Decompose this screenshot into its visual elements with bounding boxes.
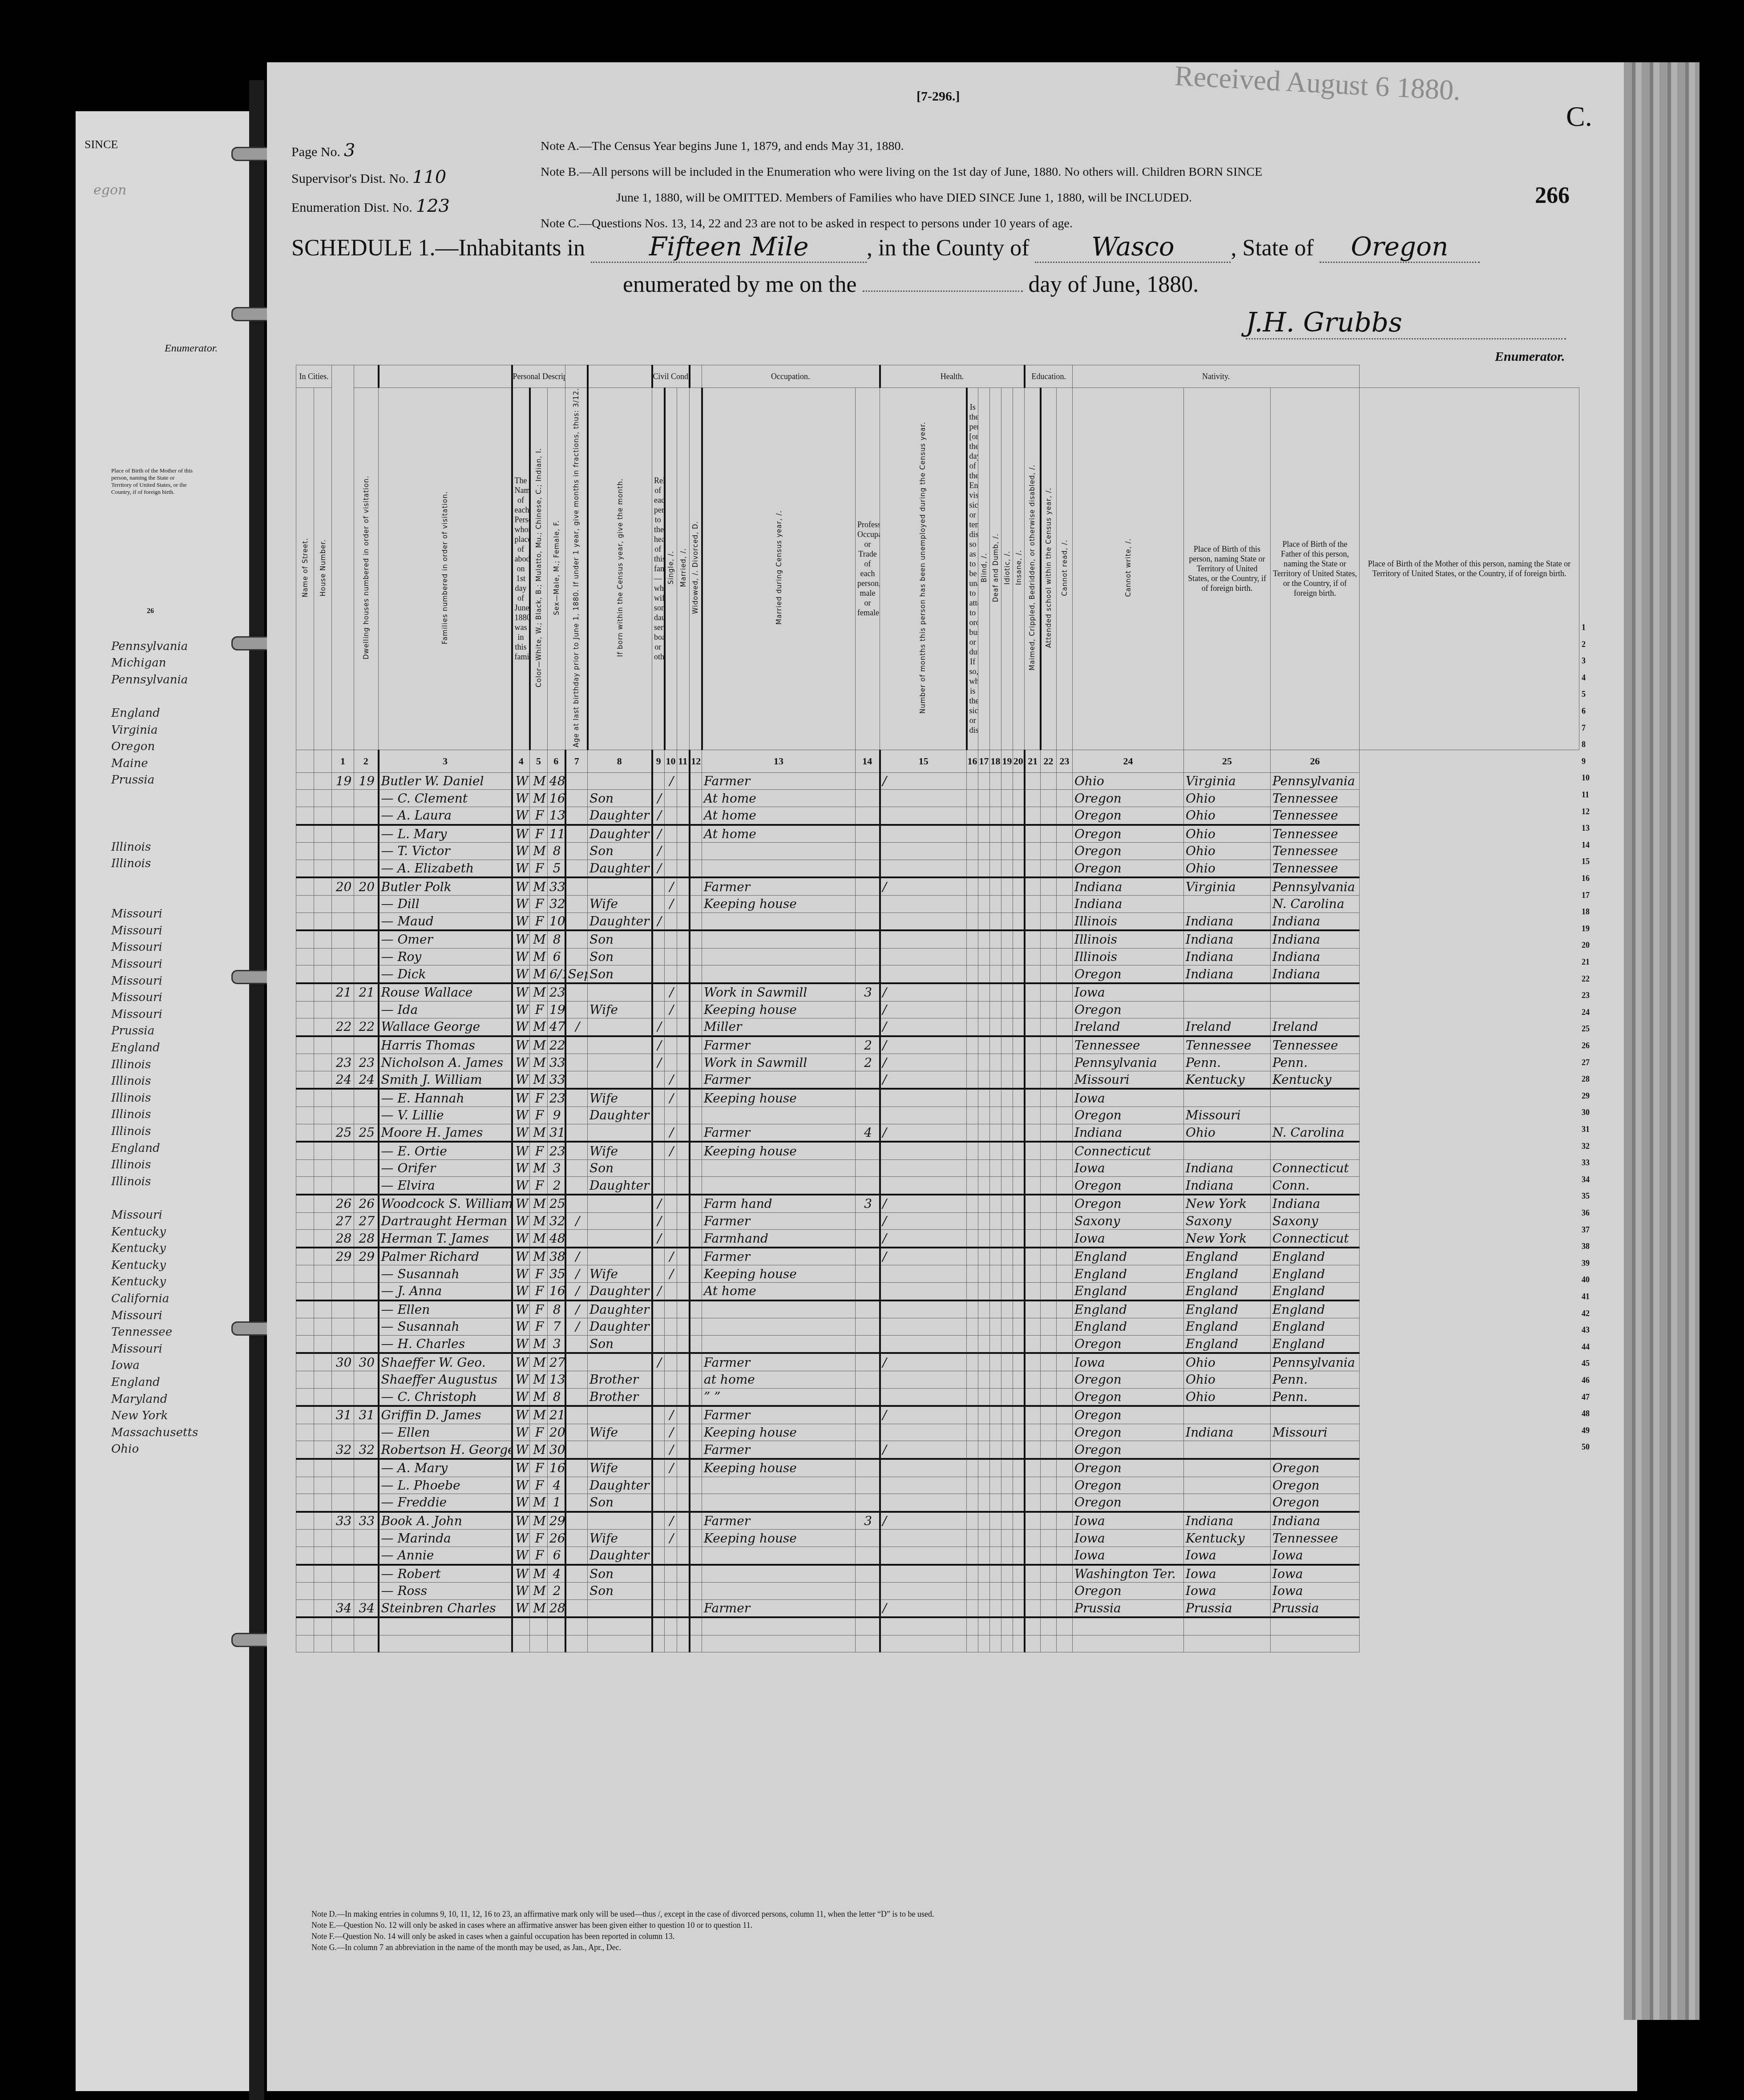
- married-census-cell: [690, 1583, 702, 1600]
- name-cell: Book A. John: [379, 1512, 512, 1530]
- maimed-cell: [1013, 1300, 1025, 1318]
- street-cell: [296, 772, 314, 790]
- father-birthplace-cell: England: [1184, 1283, 1271, 1300]
- school-cell: [1025, 1635, 1041, 1652]
- cannot-write-cell: [1057, 1159, 1073, 1177]
- idiotic-cell: [990, 1212, 1001, 1230]
- father-birthplace-cell: [1184, 1089, 1271, 1107]
- blind-cell: [967, 860, 978, 877]
- table-row: — H. CharlesWM3SonOregonEnglandEngland: [296, 1335, 1579, 1353]
- left-page-mother-birthplace: Illinois: [111, 1158, 151, 1171]
- blind-cell: [967, 1424, 978, 1441]
- widowed-cell: [677, 1424, 690, 1441]
- insane-cell: [1001, 983, 1013, 1001]
- occupation-cell: at home: [702, 1371, 856, 1388]
- married-cell: [665, 1565, 677, 1583]
- married-census-cell: [690, 807, 702, 824]
- occupation-cell: Keeping house: [702, 1424, 856, 1441]
- schedule-prefix: SCHEDULE 1.—Inhabitants in: [291, 235, 585, 261]
- cannot-write-cell: [1057, 1477, 1073, 1494]
- insane-cell: [1001, 1036, 1013, 1054]
- father-birthplace-cell: Indiana: [1184, 948, 1271, 965]
- header-unemployed: Number of months this person has been un…: [880, 388, 967, 750]
- idiotic-cell: [990, 1159, 1001, 1177]
- table-row: — SusannahWF35/Wife/Keeping houseEngland…: [296, 1265, 1579, 1283]
- single-cell: [652, 772, 665, 790]
- line-number: 7: [1582, 723, 1586, 733]
- unemployed-cell: [856, 1018, 880, 1036]
- sickness-cell: /: [880, 1124, 967, 1142]
- occupation-cell: Farm hand: [702, 1195, 856, 1212]
- married-cell: /: [665, 1424, 677, 1441]
- name-cell: Smith J. William: [379, 1071, 512, 1089]
- line-number: 28: [1582, 1074, 1590, 1084]
- line-number: 11: [1582, 790, 1589, 800]
- married-census-cell: [690, 843, 702, 860]
- relationship-cell: [588, 1406, 652, 1424]
- cannot-write-cell: [1057, 1318, 1073, 1336]
- widowed-cell: [677, 1599, 690, 1617]
- insane-cell: [1001, 1441, 1013, 1459]
- street-cell: [296, 1353, 314, 1371]
- age-cell: 8: [548, 930, 565, 948]
- married-census-cell: [690, 1124, 702, 1142]
- name-cell: — Roy: [379, 948, 512, 965]
- single-cell: /: [652, 1195, 665, 1212]
- cannot-read-cell: [1041, 1371, 1057, 1388]
- dwelling-cell: 34: [332, 1599, 354, 1617]
- birthplace-cell: Oregon: [1073, 965, 1184, 983]
- relationship-cell: [588, 772, 652, 790]
- unemployed-cell: [856, 1159, 880, 1177]
- relationship-cell: Son: [588, 965, 652, 983]
- maimed-cell: [1013, 1512, 1025, 1530]
- school-cell: [1025, 807, 1041, 824]
- name-cell: Woodcock S. William: [379, 1195, 512, 1212]
- dwelling-cell: 29: [332, 1248, 354, 1265]
- sickness-cell: [880, 1459, 967, 1477]
- table-row: 2626Woodcock S. WilliamWM25/Farm hand3/O…: [296, 1195, 1579, 1212]
- sickness-cell: /: [880, 1248, 967, 1265]
- married-census-cell: [690, 930, 702, 948]
- dwelling-cell: 21: [332, 983, 354, 1001]
- cannot-write-cell: [1057, 1424, 1073, 1441]
- deaf-cell: [978, 1318, 990, 1336]
- cannot-write-cell: [1057, 1177, 1073, 1195]
- single-cell: [652, 965, 665, 983]
- color-cell: W: [512, 1142, 530, 1159]
- color-cell: W: [512, 1583, 530, 1600]
- maimed-cell: [1013, 1195, 1025, 1212]
- birth-month-cell: /: [565, 1018, 588, 1036]
- birth-month-cell: [565, 1512, 588, 1530]
- supervisor-district-field: Supervisor's Dist. No.110: [291, 167, 446, 187]
- color-cell: W: [512, 877, 530, 895]
- cannot-read-cell: [1041, 1512, 1057, 1530]
- birth-month-cell: [565, 1142, 588, 1159]
- sickness-cell: [880, 913, 967, 930]
- street-cell: [296, 1071, 314, 1089]
- color-cell: W: [512, 1195, 530, 1212]
- insane-cell: [1001, 913, 1013, 930]
- age-cell: 33: [548, 1071, 565, 1089]
- idiotic-cell: [990, 1547, 1001, 1564]
- birth-month-cell: [565, 1530, 588, 1547]
- mother-birthplace-cell: Pennsylvania: [1271, 877, 1360, 895]
- table-row: 2929Palmer RichardWM38//Farmer/EnglandEn…: [296, 1248, 1579, 1265]
- family-cell: [354, 1635, 379, 1652]
- line-number: 18: [1582, 907, 1590, 917]
- house-cell: [314, 1142, 332, 1159]
- note-b: Note B.—All persons will be included in …: [541, 159, 1262, 185]
- sickness-cell: /: [880, 1054, 967, 1071]
- cannot-read-cell: [1041, 1124, 1057, 1142]
- relationship-cell: [588, 1512, 652, 1530]
- idiotic-cell: [990, 1300, 1001, 1318]
- name-cell: Wallace George: [379, 1018, 512, 1036]
- cannot-read-cell: [1041, 1318, 1057, 1336]
- insane-cell: [1001, 790, 1013, 807]
- sickness-cell: [880, 1530, 967, 1547]
- sickness-cell: [880, 1617, 967, 1635]
- school-cell: [1025, 1107, 1041, 1124]
- deaf-cell: [978, 1036, 990, 1054]
- occupation-cell: At home: [702, 1283, 856, 1300]
- dwelling-cell: [332, 1300, 354, 1318]
- single-cell: [652, 1441, 665, 1459]
- birth-month-cell: /: [565, 1265, 588, 1283]
- name-cell: — A. Laura: [379, 807, 512, 824]
- cannot-read-cell: [1041, 895, 1057, 913]
- blind-cell: [967, 1124, 978, 1142]
- color-cell: W: [512, 1089, 530, 1107]
- sickness-cell: [880, 825, 967, 843]
- birthplace-cell: Indiana: [1073, 1124, 1184, 1142]
- birth-month-cell: [565, 1107, 588, 1124]
- birthplace-cell: Indiana: [1073, 895, 1184, 913]
- street-cell: [296, 1283, 314, 1300]
- enumeration-district-value: 123: [416, 196, 450, 216]
- house-cell: [314, 913, 332, 930]
- cannot-write-cell: [1057, 1230, 1073, 1248]
- header-maimed: Maimed, Crippled, Bedridden, or otherwis…: [1025, 388, 1041, 750]
- line-number: 2: [1582, 640, 1586, 649]
- left-page-mother-header: Place of Birth of the Mother of this per…: [111, 467, 196, 496]
- occupation-cell: Farmhand: [702, 1230, 856, 1248]
- sickness-cell: [880, 1371, 967, 1388]
- cannot-write-cell: [1057, 772, 1073, 790]
- name-cell: Steinbren Charles: [379, 1599, 512, 1617]
- unemployed-cell: [856, 1001, 880, 1018]
- insane-cell: [1001, 1283, 1013, 1300]
- left-page-mother-birthplace: England: [111, 1142, 160, 1155]
- idiotic-cell: [990, 1054, 1001, 1071]
- birthplace-cell: Connecticut: [1073, 1142, 1184, 1159]
- father-birthplace-cell: Ohio: [1184, 825, 1271, 843]
- street-cell: [296, 1001, 314, 1018]
- birthplace-cell: Oregon: [1073, 1371, 1184, 1388]
- relationship-cell: Brother: [588, 1388, 652, 1406]
- blind-cell: [967, 1265, 978, 1283]
- single-cell: /: [652, 860, 665, 877]
- enumerated-suffix: day of June, 1880.: [1029, 272, 1199, 297]
- family-cell: 33: [354, 1512, 379, 1530]
- house-cell: [314, 1617, 332, 1635]
- name-cell: Nicholson A. James: [379, 1054, 512, 1071]
- occupation-cell: Farmer: [702, 1212, 856, 1230]
- group-occupation: Occupation.: [702, 365, 880, 388]
- unemployed-cell: [856, 1406, 880, 1424]
- birth-month-cell: [565, 983, 588, 1001]
- idiotic-cell: [990, 1494, 1001, 1512]
- birth-month-cell: [565, 825, 588, 843]
- blind-cell: [967, 1583, 978, 1600]
- birthplace-cell: Washington Ter.: [1073, 1565, 1184, 1583]
- color-cell: W: [512, 1371, 530, 1388]
- dwelling-cell: [332, 1494, 354, 1512]
- cannot-read-cell: [1041, 1142, 1057, 1159]
- birthplace-cell: Oregon: [1073, 1177, 1184, 1195]
- color-cell: W: [512, 1459, 530, 1477]
- age-cell: 26: [548, 1530, 565, 1547]
- widowed-cell: [677, 843, 690, 860]
- name-cell: — A. Elizabeth: [379, 860, 512, 877]
- occupation-cell: Keeping house: [702, 1089, 856, 1107]
- dwelling-cell: [332, 1283, 354, 1300]
- unemployed-cell: [856, 1283, 880, 1300]
- dwelling-cell: [332, 1371, 354, 1388]
- single-cell: [652, 1388, 665, 1406]
- line-number: 48: [1582, 1409, 1590, 1418]
- age-cell: 19: [548, 1001, 565, 1018]
- age-cell: 35: [548, 1265, 565, 1283]
- instruction-notes: Note A.—The Census Year begins June 1, 1…: [541, 133, 1262, 237]
- age-cell: 4: [548, 1565, 565, 1583]
- left-page-mother-birthplace: Missouri: [111, 1008, 162, 1021]
- occupation-cell: Farmer: [702, 1036, 856, 1054]
- name-cell: Harris Thomas: [379, 1036, 512, 1054]
- widowed-cell: [677, 1036, 690, 1054]
- dwelling-cell: [332, 807, 354, 824]
- occupation-cell: [702, 843, 856, 860]
- cannot-write-cell: [1057, 930, 1073, 948]
- single-cell: /: [652, 1018, 665, 1036]
- married-census-cell: [690, 1001, 702, 1018]
- left-page-mother-birthplace: Ohio: [111, 1442, 139, 1456]
- father-birthplace-cell: Missouri: [1184, 1107, 1271, 1124]
- occupation-cell: At home: [702, 807, 856, 824]
- idiotic-cell: [990, 1459, 1001, 1477]
- family-cell: [354, 1424, 379, 1441]
- age-cell: 32: [548, 1212, 565, 1230]
- sickness-cell: [880, 1318, 967, 1336]
- mother-birthplace-cell: Indiana: [1271, 930, 1360, 948]
- header-idiotic: Idiotic, /.: [1001, 388, 1013, 750]
- mother-birthplace-cell: Conn.: [1271, 1177, 1360, 1195]
- insane-cell: [1001, 825, 1013, 843]
- house-cell: [314, 1599, 332, 1617]
- line-number: 37: [1582, 1225, 1590, 1235]
- age-cell: 2: [548, 1177, 565, 1195]
- father-birthplace-cell: Penn.: [1184, 1054, 1271, 1071]
- insane-cell: [1001, 965, 1013, 983]
- occupation-cell: Farmer: [702, 1512, 856, 1530]
- maimed-cell: [1013, 843, 1025, 860]
- left-page-mother-birthplace: Prussia: [111, 1024, 154, 1038]
- maimed-cell: [1013, 930, 1025, 948]
- blind-cell: [967, 807, 978, 824]
- sex-cell: F: [530, 1547, 548, 1564]
- blind-cell: [967, 948, 978, 965]
- birthplace-cell: England: [1073, 1283, 1184, 1300]
- single-cell: [652, 1547, 665, 1564]
- maimed-cell: [1013, 1583, 1025, 1600]
- age-cell: 9: [548, 1107, 565, 1124]
- color-cell: W: [512, 860, 530, 877]
- birthplace-cell: Oregon: [1073, 790, 1184, 807]
- house-cell: [314, 877, 332, 895]
- header-dwelling: Dwelling houses numbered in order of vis…: [354, 388, 379, 750]
- sex-cell: F: [530, 1107, 548, 1124]
- supervisor-district-value: 110: [412, 167, 446, 187]
- table-row: — E. OrtieWF23Wife/Keeping houseConnecti…: [296, 1142, 1579, 1159]
- mother-birthplace-cell: [1271, 1617, 1360, 1635]
- maimed-cell: [1013, 1089, 1025, 1107]
- married-cell: [665, 1353, 677, 1371]
- maimed-cell: [1013, 1635, 1025, 1652]
- birthplace-cell: Indiana: [1073, 877, 1184, 895]
- dwelling-cell: [332, 1159, 354, 1177]
- relationship-cell: Daughter: [588, 1318, 652, 1336]
- family-cell: 25: [354, 1124, 379, 1142]
- widowed-cell: [677, 948, 690, 965]
- father-birthplace-cell: England: [1184, 1300, 1271, 1318]
- deaf-cell: [978, 1018, 990, 1036]
- sex-cell: [530, 1617, 548, 1635]
- table-row: 2323Nicholson A. JamesWM33/Work in Sawmi…: [296, 1054, 1579, 1071]
- table-row: 2727Dartraught HermanWM32//Farmer/Saxony…: [296, 1212, 1579, 1230]
- left-page-remnant: SINCE egon Enumerator. Place of Birth of…: [76, 111, 262, 2091]
- birthplace-cell: Oregon: [1073, 1001, 1184, 1018]
- street-cell: [296, 1265, 314, 1283]
- dwelling-cell: [332, 1459, 354, 1477]
- table-row: — MaudWF10Daughter/IllinoisIndianaIndian…: [296, 913, 1579, 930]
- sickness-cell: [880, 930, 967, 948]
- school-cell: [1025, 1089, 1041, 1107]
- sickness-cell: [880, 1477, 967, 1494]
- single-cell: [652, 1617, 665, 1635]
- sickness-cell: [880, 1283, 967, 1300]
- birthplace-cell: Missouri: [1073, 1071, 1184, 1089]
- mother-birthplace-cell: [1271, 1441, 1360, 1459]
- dwelling-cell: [332, 1477, 354, 1494]
- father-birthplace-cell: [1184, 1459, 1271, 1477]
- cannot-write-cell: [1057, 1054, 1073, 1071]
- sickness-cell: [880, 1424, 967, 1441]
- maimed-cell: [1013, 1265, 1025, 1283]
- table-row: 1919Butler W. DanielWM48/Farmer/OhioVirg…: [296, 772, 1579, 790]
- birthplace-cell: Iowa: [1073, 1230, 1184, 1248]
- street-cell: [296, 843, 314, 860]
- birthplace-cell: Saxony: [1073, 1212, 1184, 1230]
- deaf-cell: [978, 1371, 990, 1388]
- father-birthplace-cell: New York: [1184, 1230, 1271, 1248]
- mother-birthplace-cell: [1271, 983, 1360, 1001]
- color-cell: W: [512, 895, 530, 913]
- occupation-cell: [702, 1565, 856, 1583]
- name-cell: — Ellen: [379, 1424, 512, 1441]
- line-number: 50: [1582, 1442, 1590, 1452]
- family-cell: [354, 1177, 379, 1195]
- insane-cell: [1001, 1459, 1013, 1477]
- sex-cell: M: [530, 1195, 548, 1212]
- table-row: 3333Book A. JohnWM29/Farmer3/IowaIndiana…: [296, 1512, 1579, 1530]
- insane-cell: [1001, 1388, 1013, 1406]
- age-cell: 6/12: [548, 965, 565, 983]
- blind-cell: [967, 1212, 978, 1230]
- color-cell: W: [512, 1547, 530, 1564]
- street-cell: [296, 1159, 314, 1177]
- cannot-read-cell: [1041, 1054, 1057, 1071]
- unemployed-cell: 3: [856, 1195, 880, 1212]
- line-number: 15: [1582, 857, 1590, 866]
- occupation-cell: Keeping house: [702, 1459, 856, 1477]
- sex-cell: F: [530, 807, 548, 824]
- name-cell: Robertson H. George: [379, 1441, 512, 1459]
- unemployed-cell: [856, 1635, 880, 1652]
- unemployed-cell: [856, 1071, 880, 1089]
- color-cell: W: [512, 913, 530, 930]
- table-row: — A. ElizabethWF5Daughter/OregonOhioTenn…: [296, 860, 1579, 877]
- insane-cell: [1001, 1353, 1013, 1371]
- house-cell: [314, 1406, 332, 1424]
- insane-cell: [1001, 1195, 1013, 1212]
- table-row: — J. AnnaWF16/Daughter/At homeEnglandEng…: [296, 1283, 1579, 1300]
- color-cell: W: [512, 1512, 530, 1530]
- birth-month-cell: /: [565, 1318, 588, 1336]
- dwelling-cell: [332, 965, 354, 983]
- house-cell: [314, 1265, 332, 1283]
- relationship-cell: Son: [588, 1583, 652, 1600]
- table-row: — V. LillieWF9DaughterOregonMissouri: [296, 1107, 1579, 1124]
- idiotic-cell: [990, 1089, 1001, 1107]
- cannot-write-cell: [1057, 1018, 1073, 1036]
- single-cell: [652, 1124, 665, 1142]
- insane-cell: [1001, 1142, 1013, 1159]
- table-row: Harris ThomasWM22/Farmer2/TennesseeTenne…: [296, 1036, 1579, 1054]
- dwelling-cell: [332, 1530, 354, 1547]
- cannot-write-cell: [1057, 1583, 1073, 1600]
- maimed-cell: [1013, 877, 1025, 895]
- idiotic-cell: [990, 1565, 1001, 1583]
- unemployed-cell: [856, 1371, 880, 1388]
- dwelling-cell: 23: [332, 1054, 354, 1071]
- birthplace-cell: Iowa: [1073, 1530, 1184, 1547]
- dwelling-cell: [332, 1583, 354, 1600]
- school-cell: [1025, 930, 1041, 948]
- birth-month-cell: [565, 913, 588, 930]
- place-value: Fifteen Mile: [591, 231, 867, 263]
- deaf-cell: [978, 825, 990, 843]
- deaf-cell: [978, 843, 990, 860]
- deaf-cell: [978, 1054, 990, 1071]
- single-cell: [652, 1071, 665, 1089]
- left-page-state-fragment: egon: [93, 182, 126, 198]
- cannot-write-cell: [1057, 1071, 1073, 1089]
- line-number: 41: [1582, 1292, 1590, 1301]
- cannot-write-cell: [1057, 1406, 1073, 1424]
- color-cell: W: [512, 1248, 530, 1265]
